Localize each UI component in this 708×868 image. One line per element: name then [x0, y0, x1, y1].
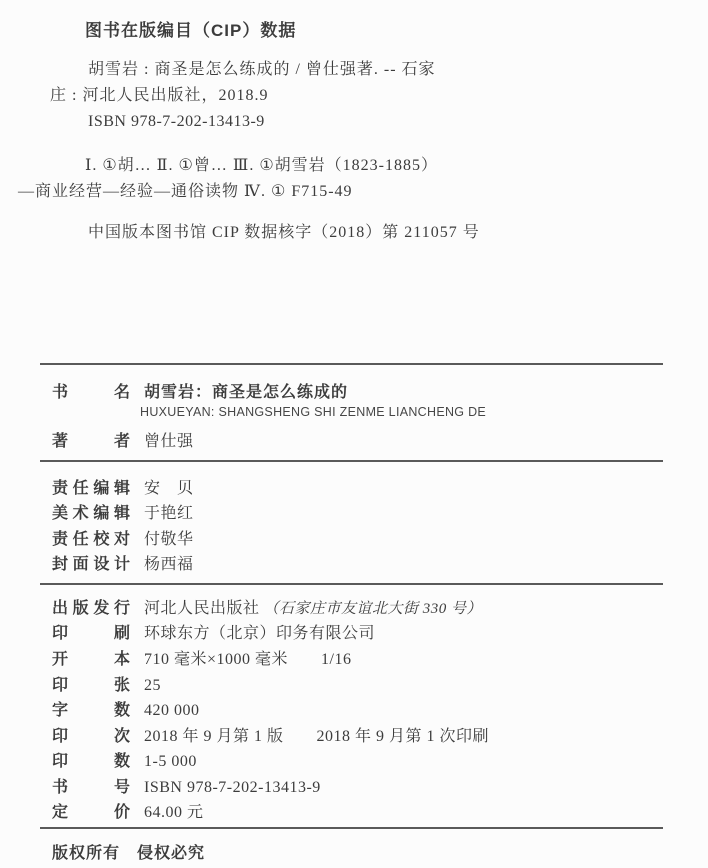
staff-row-art-editor: 美术编辑 于艳红 — [52, 500, 194, 523]
publication-label: 书号 — [52, 774, 130, 797]
publication-value: ISBN 978-7-202-13413-9 — [144, 779, 321, 796]
publication-row-sheets: 印张 25 — [52, 672, 161, 695]
publication-row-print-run: 印数 1-5 000 — [52, 748, 197, 771]
publication-label: 定价 — [52, 799, 130, 822]
staff-label: 美术编辑 — [52, 500, 130, 523]
publication-row-publisher: 出版发行 河北人民出版社 （石家庄市友谊北大街 330 号） — [52, 595, 482, 618]
divider-line — [40, 583, 663, 585]
publication-row-price: 定价 64.00 元 — [52, 799, 204, 822]
publication-row-format: 开本 710 毫米×1000 毫米 1/16 — [52, 646, 351, 669]
publisher-address: （石家庄市友谊北大街 330 号） — [264, 601, 483, 617]
publication-value: 环球东方（北京）印务有限公司 — [144, 625, 375, 642]
publication-value: 1-5 000 — [144, 753, 197, 770]
staff-row-editor: 责任编辑 安 贝 — [52, 475, 194, 498]
staff-label: 责任编辑 — [52, 475, 130, 498]
publication-value: 64.00 元 — [144, 804, 204, 821]
copyright-page: 图书在版编目（CIP）数据 胡雪岩 : 商圣是怎么练成的 / 曾仕强著. -- … — [0, 0, 708, 868]
publication-value: 420 000 — [144, 702, 200, 719]
book-title-value: 胡雪岩：商圣是怎么练成的 — [144, 384, 348, 401]
staff-value: 付敬华 — [144, 531, 194, 548]
author-value: 曾仕强 — [144, 433, 194, 450]
publication-value: 25 — [144, 677, 161, 694]
staff-label: 责任校对 — [52, 526, 130, 549]
publication-row-edition: 印次 2018 年 9 月第 1 版 2018 年 9 月第 1 次印刷 — [52, 723, 489, 746]
cip-classification-line-1: Ⅰ. ①胡… Ⅱ. ①曾… Ⅲ. ①胡雪岩（1823-1885） — [0, 153, 698, 179]
author-row: 著者 曾仕强 — [52, 428, 194, 451]
staff-row-cover-designer: 封面设计 杨西福 — [52, 551, 194, 574]
publication-label: 印刷 — [52, 620, 130, 643]
copyright-notice: 版权所有 侵权必究 — [52, 840, 205, 863]
divider-line — [40, 460, 663, 462]
cip-record-line-2: 庄 : 河北人民出版社，2018.9 — [0, 83, 698, 109]
cip-registration-number: 中国版本图书馆 CIP 数据核字（2018）第 211057 号 — [88, 219, 480, 242]
publication-row-isbn: 书号 ISBN 978-7-202-13413-9 — [52, 774, 321, 797]
book-title-label: 书名 — [52, 379, 130, 402]
staff-label: 封面设计 — [52, 551, 130, 574]
publication-value: 2018 年 9 月第 1 版 2018 年 9 月第 1 次印刷 — [144, 728, 489, 745]
publication-label: 开本 — [52, 646, 130, 669]
cip-heading: 图书在版编目（CIP）数据 — [85, 16, 296, 41]
cip-classification: Ⅰ. ①胡… Ⅱ. ①曾… Ⅲ. ①胡雪岩（1823-1885） —商业经营—经… — [0, 153, 698, 205]
staff-value: 杨西福 — [144, 556, 194, 573]
publication-row-printer: 印刷 环球东方（北京）印务有限公司 — [52, 620, 375, 643]
divider-line — [40, 363, 663, 365]
book-title-pinyin: HUXUEYAN: SHANGSHENG SHI ZENME LIANCHENG… — [140, 405, 486, 419]
cip-record-isbn: ISBN 978-7-202-13413-9 — [0, 109, 698, 135]
publication-label: 印次 — [52, 723, 130, 746]
publication-label: 字数 — [52, 697, 130, 720]
cip-record: 胡雪岩 : 商圣是怎么练成的 / 曾仕强著. -- 石家 庄 : 河北人民出版社… — [0, 57, 698, 135]
publication-label: 出版发行 — [52, 595, 130, 618]
publication-label: 印张 — [52, 672, 130, 695]
publication-row-word-count: 字数 420 000 — [52, 697, 200, 720]
publication-value: 710 毫米×1000 毫米 1/16 — [144, 651, 351, 668]
divider-line — [40, 827, 663, 829]
staff-value: 于艳红 — [144, 505, 194, 522]
cip-classification-line-2: —商业经营—经验—通俗读物 Ⅳ. ① F715-49 — [0, 179, 698, 205]
cip-record-line-1: 胡雪岩 : 商圣是怎么练成的 / 曾仕强著. -- 石家 — [0, 57, 698, 83]
staff-value: 安 贝 — [144, 480, 194, 497]
staff-row-proofreader: 责任校对 付敬华 — [52, 526, 194, 549]
author-label: 著者 — [52, 428, 130, 451]
book-title-row: 书名 胡雪岩：商圣是怎么练成的 — [52, 379, 348, 402]
publication-label: 印数 — [52, 748, 130, 771]
publication-value: 河北人民出版社 — [144, 600, 260, 617]
